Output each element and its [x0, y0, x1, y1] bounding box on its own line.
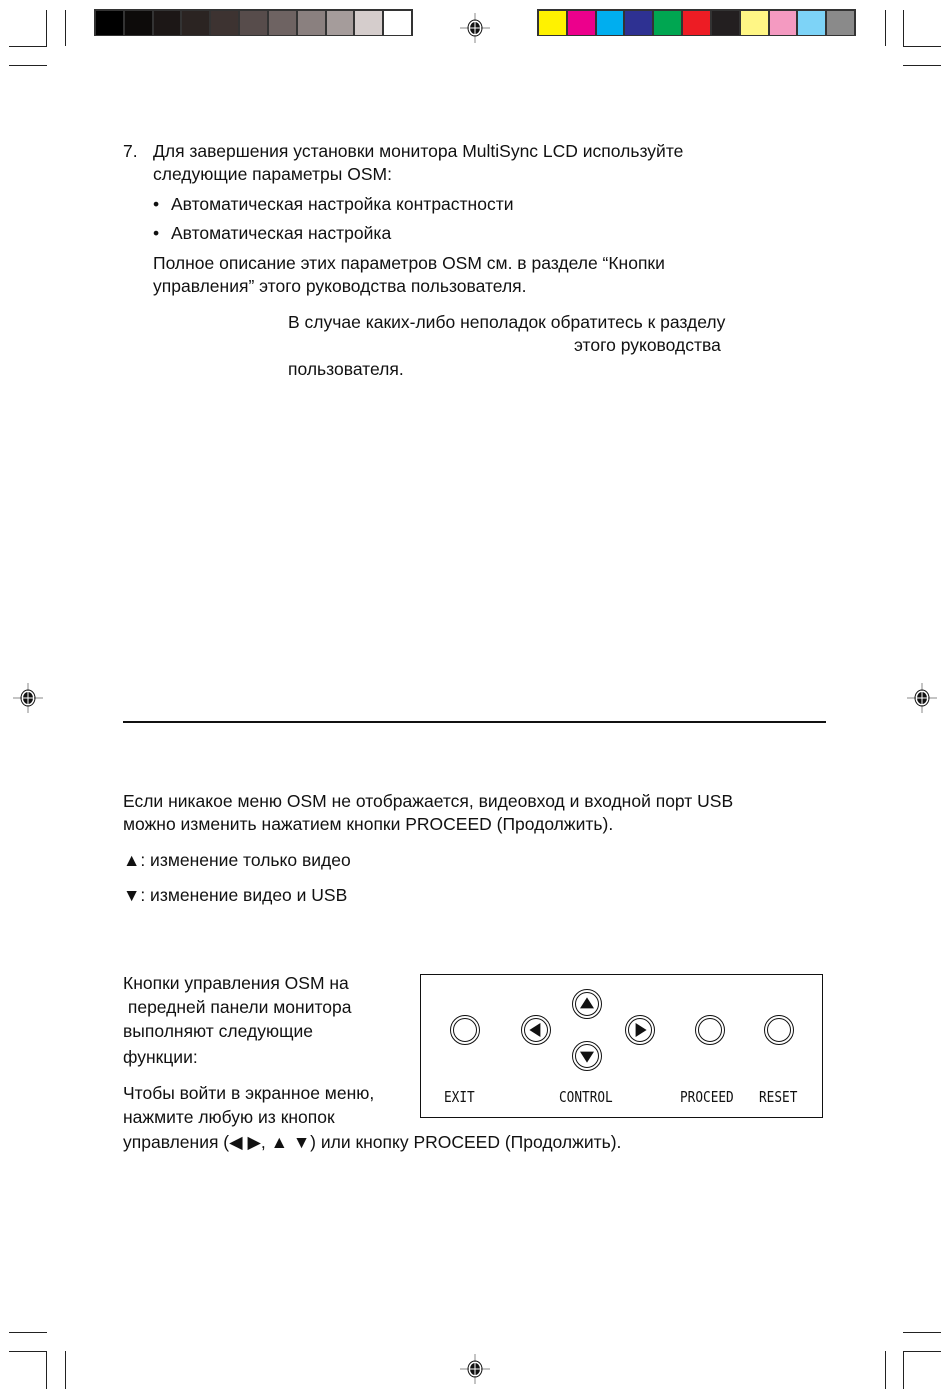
crop-mark	[46, 1351, 47, 1389]
crop-mark	[903, 1351, 941, 1352]
color-swatch	[327, 11, 354, 35]
down-button-icon	[572, 1041, 602, 1071]
color-swatch	[683, 11, 710, 35]
proceed-button-icon	[695, 1015, 725, 1045]
crop-mark	[885, 10, 886, 46]
enter-menu-text: управления (◀ ▶, ▲ ▼) или кнопку PROCEED…	[123, 1131, 621, 1154]
color-swatch	[568, 11, 595, 35]
controls-intro: передней панели монитора	[123, 996, 352, 1019]
down-arrow-icon	[580, 1052, 594, 1063]
bullet-item: Автоматическая настройка контрастности	[171, 193, 514, 216]
registration-mark-icon	[13, 683, 43, 713]
crop-mark	[885, 1351, 886, 1389]
step-description: управления” этого руководства пользовате…	[153, 275, 527, 298]
note-text: пользователя.	[288, 358, 404, 381]
up-button-icon	[572, 989, 602, 1019]
bullet-marker: •	[153, 193, 159, 216]
color-swatch	[539, 11, 566, 35]
left-arrow-icon	[529, 1023, 540, 1037]
crop-mark	[9, 1332, 47, 1333]
step-text-line: следующие параметры OSM:	[153, 163, 392, 186]
reset-label: RESET	[759, 1088, 797, 1106]
note-text: этого руководства	[574, 334, 721, 357]
down-arrow-function: ▼: изменение видео и USB	[123, 884, 347, 907]
registration-mark-icon	[460, 13, 490, 43]
color-swatch	[355, 11, 382, 35]
crop-mark	[9, 46, 47, 47]
crop-mark	[9, 1351, 47, 1352]
color-swatch	[798, 11, 825, 35]
usb-paragraph: Если никакое меню OSM не отображается, в…	[123, 790, 733, 813]
color-swatch	[712, 11, 739, 35]
crop-mark	[9, 65, 47, 66]
right-button-icon	[625, 1015, 655, 1045]
color-calibration-strip	[537, 9, 856, 36]
color-swatch	[298, 11, 325, 35]
controls-intro: Кнопки управления OSM на	[123, 972, 349, 995]
color-swatch	[211, 11, 238, 35]
crop-mark	[65, 10, 66, 46]
up-arrow-icon	[580, 997, 594, 1008]
color-swatch	[827, 11, 854, 35]
proceed-label: PROCEED	[680, 1088, 734, 1106]
color-swatch	[625, 11, 652, 35]
color-swatch	[240, 11, 267, 35]
controls-intro: функции:	[123, 1046, 198, 1069]
color-swatch	[741, 11, 768, 35]
color-swatch	[182, 11, 209, 35]
crop-mark	[903, 46, 941, 47]
control-label: CONTROL	[559, 1088, 613, 1106]
crop-mark	[903, 10, 904, 46]
color-swatch	[269, 11, 296, 35]
bullet-item: Автоматическая настройка	[171, 222, 391, 245]
note-text: В случае каких-либо неполадок обратитесь…	[288, 311, 725, 334]
up-arrow-function: ▲: изменение только видео	[123, 849, 351, 872]
enter-menu-text: нажмите любую из кнопок	[123, 1106, 335, 1129]
grayscale-calibration-strip	[94, 9, 413, 36]
color-swatch	[125, 11, 152, 35]
reset-button-icon	[764, 1015, 794, 1045]
crop-mark	[65, 1351, 66, 1389]
color-swatch	[654, 11, 681, 35]
osm-control-panel-diagram: EXIT CONTROL PROCEED RESET	[420, 974, 823, 1118]
crop-mark	[903, 1332, 941, 1333]
color-swatch	[770, 11, 797, 35]
bullet-marker: •	[153, 222, 159, 245]
color-swatch	[154, 11, 181, 35]
crop-mark	[903, 1351, 904, 1389]
registration-mark-icon	[907, 683, 937, 713]
step-description: Полное описание этих параметров OSM см. …	[153, 252, 665, 275]
crop-mark	[46, 10, 47, 46]
step-number: 7.	[123, 140, 138, 163]
color-swatch	[597, 11, 624, 35]
exit-button-icon	[450, 1015, 480, 1045]
exit-label: EXIT	[444, 1088, 475, 1106]
color-swatch	[384, 11, 411, 35]
section-divider	[123, 721, 826, 723]
usb-paragraph: можно изменить нажатием кнопки PROCEED (…	[123, 813, 613, 836]
enter-menu-text: Чтобы войти в экранное меню,	[123, 1082, 374, 1105]
crop-mark	[903, 65, 941, 66]
color-swatch	[96, 11, 123, 35]
left-button-icon	[521, 1015, 551, 1045]
step-text-line: Для завершения установки монитора MultiS…	[153, 140, 683, 163]
right-arrow-icon	[636, 1023, 647, 1037]
controls-intro: выполняют следующие	[123, 1020, 313, 1043]
registration-mark-icon	[460, 1354, 490, 1384]
